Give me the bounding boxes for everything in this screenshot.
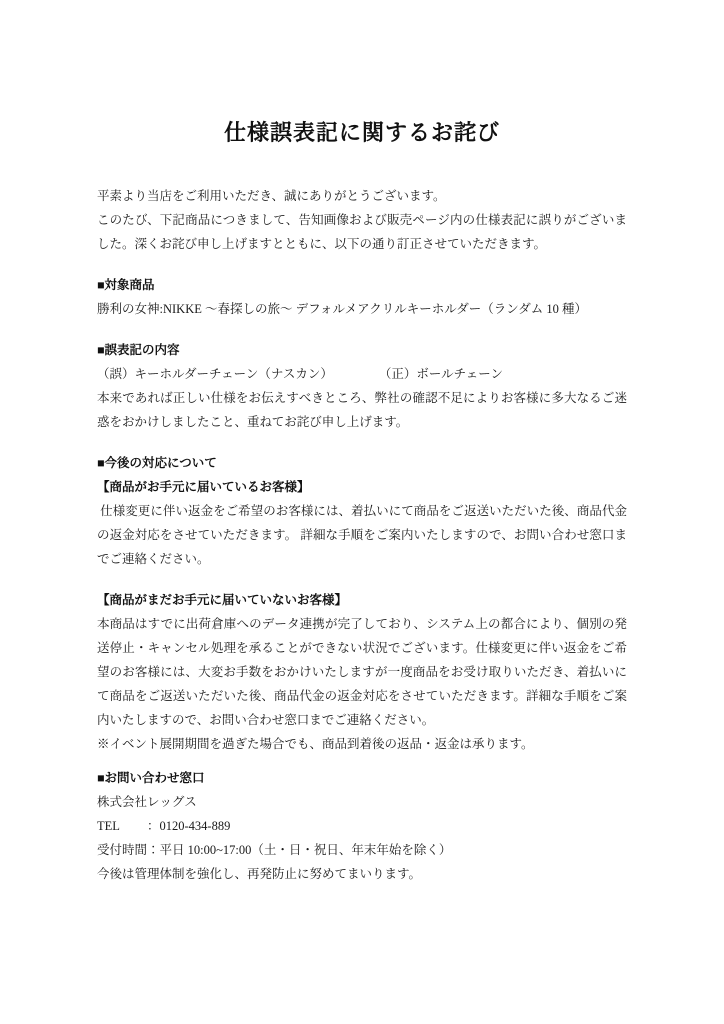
contact-company-name: 株式会社レッグス: [97, 790, 627, 814]
contact-hours-line: 受付時間：平日 10:00~17:00（土・日・祝日、年末年始を除く）: [97, 838, 627, 862]
contact-tel-line: TEL：0120-434-889: [97, 814, 627, 838]
not-delivered-note-text: ※イベント展開期間を過ぎた場合でも、商品到着後の返品・返金は承ります。: [97, 732, 627, 756]
delivered-body-text: 仕様変更に伴い返金をご希望のお客様には、着払いにて商品をご返送いただいた後、商品…: [97, 499, 627, 571]
greeting-text: 平素より当店をご利用いただき、誠にありがとうございます。: [97, 184, 627, 208]
delivered-subheading: 【商品がお手元に届いているお客様】: [97, 475, 627, 499]
apology-text: 本来であれば正しい仕様をお伝えすべきところ、弊社の確認不足によりお客様に多大なる…: [97, 386, 627, 434]
hours-value: ：平日 10:00~17:00（土・日・祝日、年末年始を除く）: [147, 843, 451, 857]
contact-heading: ■お問い合わせ窓口: [97, 766, 627, 790]
target-product-name: 勝利の女神:NIKKE ～春探しの旅～ デフォルメアクリルキーホルダー（ランダム…: [97, 297, 627, 321]
tel-number: ：0120-434-889: [147, 819, 230, 833]
target-product-heading: ■対象商品: [97, 273, 627, 297]
error-details-heading: ■誤表記の内容: [97, 338, 627, 362]
response-section: ■今後の対応について 【商品がお手元に届いているお客様】 仕様変更に伴い返金をご…: [97, 451, 627, 571]
document-page: 仕様誤表記に関するお詫び 平素より当店をご利用いただき、誠にありがとうございます…: [0, 0, 724, 1024]
contact-section: ■お問い合わせ窓口 株式会社レッグス TEL：0120-434-889 受付時間…: [97, 766, 627, 862]
page-title: 仕様誤表記に関するお詫び: [97, 118, 627, 148]
hours-label: 受付時間: [97, 838, 147, 862]
wrong-spec-text: （誤）キーホルダーチェーン（ナスカン）: [97, 362, 333, 386]
tel-label: TEL: [97, 814, 147, 838]
target-product-section: ■対象商品 勝利の女神:NIKKE ～春探しの旅～ デフォルメアクリルキーホルダ…: [97, 273, 627, 321]
intro-text: このたび、下記商品につきまして、告知画像および販売ページ内の仕様表記に誤りがござ…: [97, 208, 627, 256]
error-correction-line: （誤）キーホルダーチェーン（ナスカン） （正）ボールチェーン: [97, 362, 627, 386]
not-delivered-subheading: 【商品がまだお手元に届いていないお客様】: [97, 588, 627, 612]
correct-spec-text: （正）ボールチェーン: [379, 362, 503, 386]
error-details-section: ■誤表記の内容 （誤）キーホルダーチェーン（ナスカン） （正）ボールチェーン: [97, 338, 627, 386]
not-delivered-body-text: 本商品はすでに出荷倉庫へのデータ連携が完了しており、システム上の都合により、個別…: [97, 612, 627, 732]
not-delivered-section: 【商品がまだお手元に届いていないお客様】 本商品はすでに出荷倉庫へのデータ連携が…: [97, 588, 627, 756]
closing-text: 今後は管理体制を強化し、再発防止に努めてまいります。: [97, 862, 627, 886]
response-heading: ■今後の対応について: [97, 451, 627, 475]
